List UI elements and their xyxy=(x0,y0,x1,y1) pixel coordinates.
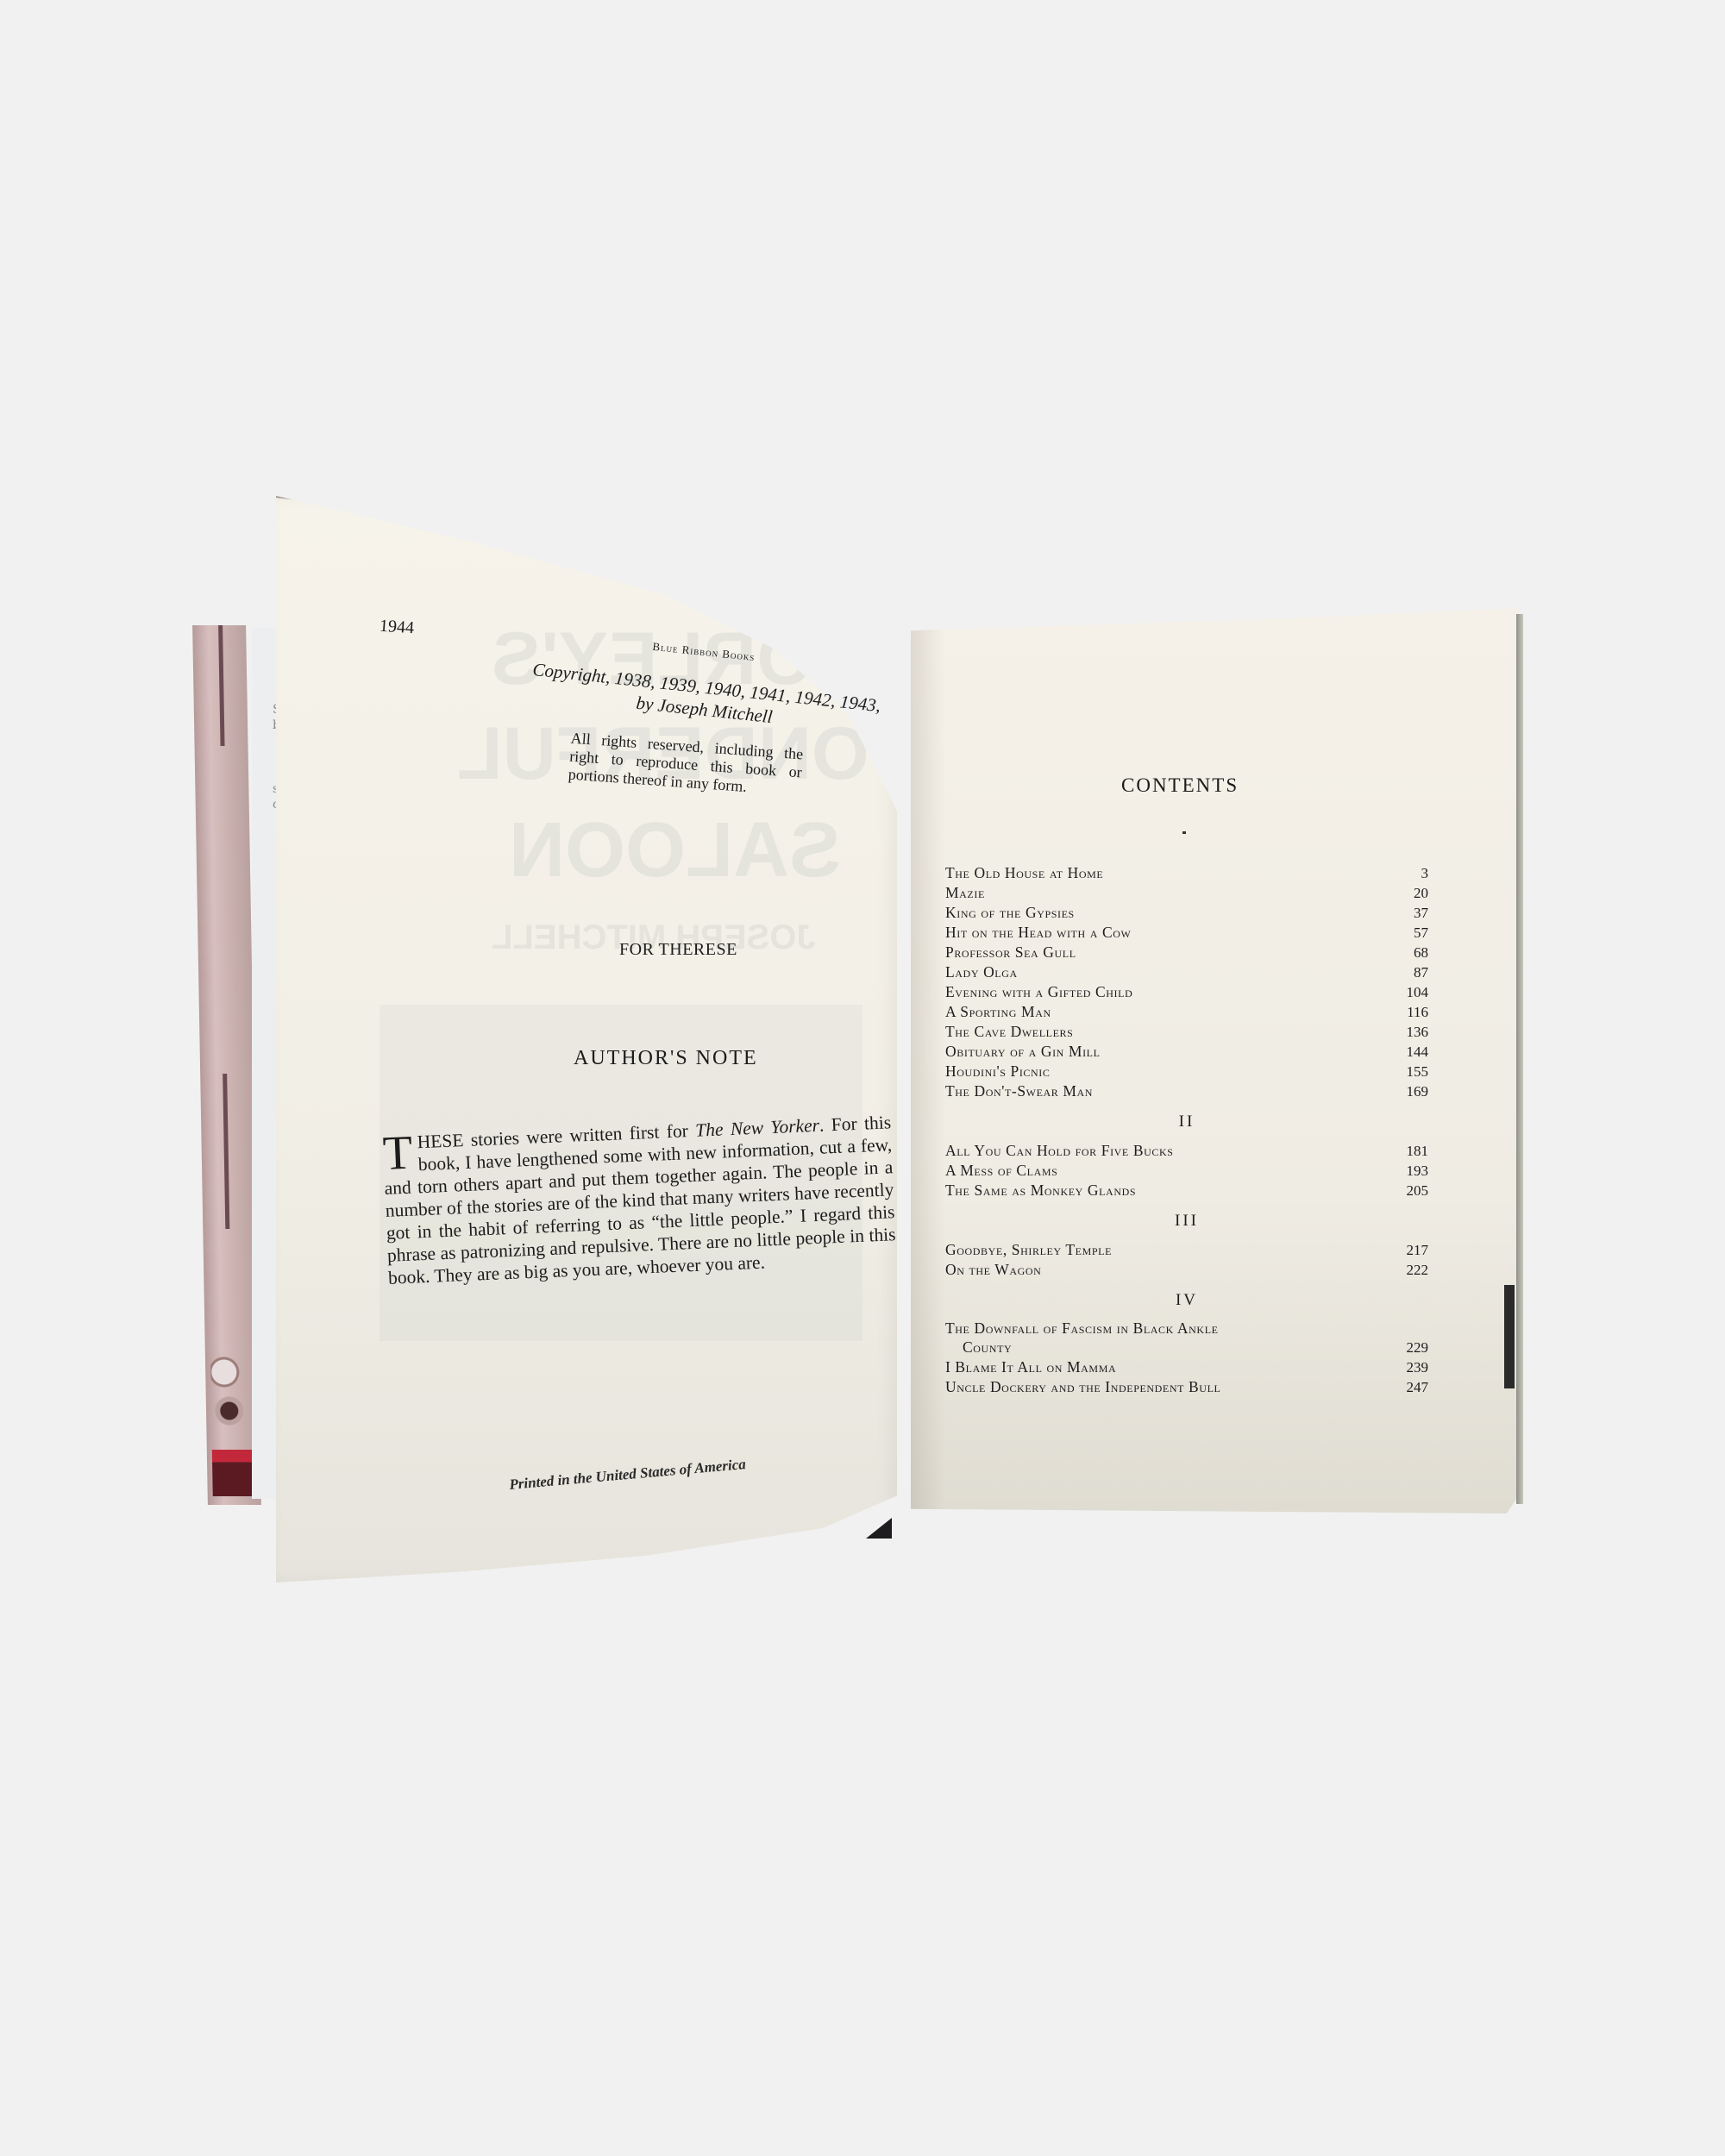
toc-entry-title: Lady Olga xyxy=(945,963,1018,981)
toc-entry-page: 104 xyxy=(1394,984,1428,1001)
book-cover-edge xyxy=(192,625,261,1505)
toc-entry: I Blame It All on Mamma239 xyxy=(945,1357,1428,1376)
toc-entry-page: 116 xyxy=(1394,1004,1428,1021)
toc-entry-title: Goodbye, Shirley Temple xyxy=(945,1241,1112,1259)
toc-entry-title: The Same as Monkey Glands xyxy=(945,1181,1136,1200)
toc-entry-title: The Downfall of Fascism in Black AnkleCo… xyxy=(945,1319,1219,1357)
toc-entry-title: All You Can Hold for Five Bucks xyxy=(945,1142,1174,1160)
toc-entry-page: 247 xyxy=(1394,1379,1428,1396)
toc-entry-title: A Mess of Clams xyxy=(945,1162,1057,1180)
toc-entry: Mazie20 xyxy=(945,882,1428,902)
toc-entry-title: Uncle Dockery and the Independent Bull xyxy=(945,1378,1220,1396)
toc-entry-title: Obituary of a Gin Mill xyxy=(945,1043,1101,1061)
toc-entry-page: 217 xyxy=(1394,1242,1428,1259)
cover-stripe xyxy=(223,1074,229,1229)
toc-entry: A Sporting Man116 xyxy=(945,1001,1428,1021)
toc-entry-title: Professor Sea Gull xyxy=(945,943,1076,962)
toc-entry-page: 181 xyxy=(1394,1143,1428,1160)
toc-entry-title: The Old House at Home xyxy=(945,864,1103,882)
toc-entry-page: 144 xyxy=(1394,1044,1428,1061)
cover-stripe xyxy=(218,625,224,746)
contents-title: CONTENTS xyxy=(1121,774,1239,797)
toc-entry-page: 169 xyxy=(1394,1083,1428,1100)
toc-entry: Houdini's Picnic155 xyxy=(945,1061,1428,1081)
toc-entry: The Cave Dwellers136 xyxy=(945,1021,1428,1041)
toc-entry-title: Mazie xyxy=(945,884,985,902)
toc-entry-page: 193 xyxy=(1394,1163,1428,1180)
toc-entry-page: 57 xyxy=(1394,924,1428,942)
toc-section-numeral: III xyxy=(945,1212,1428,1231)
toc-entry-title: I Blame It All on Mamma xyxy=(945,1358,1116,1376)
toc-entry-page: 229 xyxy=(1394,1339,1428,1357)
toc-entry-title: King of the Gypsies xyxy=(945,904,1075,922)
toc-entry-title: The Don't-Swear Man xyxy=(945,1082,1093,1100)
toc-entry: Lady Olga87 xyxy=(945,962,1428,981)
toc-entry: A Mess of Clams193 xyxy=(945,1160,1428,1180)
toc-section-numeral: IV xyxy=(945,1291,1428,1310)
cover-illustration xyxy=(210,1341,258,1496)
toc-entry: The Same as Monkey Glands205 xyxy=(945,1180,1428,1200)
toc-entry-page: 3 xyxy=(1394,865,1428,882)
toc-entry: The Downfall of Fascism in Black AnkleCo… xyxy=(945,1319,1428,1357)
toc-entry: Evening with a Gifted Child104 xyxy=(945,981,1428,1001)
publication-name: The New Yorker xyxy=(695,1115,820,1141)
note-lead-word: HESE xyxy=(417,1130,464,1152)
toc-entry-page: 136 xyxy=(1394,1024,1428,1041)
publication-year: 1944 xyxy=(379,617,415,639)
toc-entry-page: 87 xyxy=(1394,964,1428,981)
toc-entry: The Don't-Swear Man169 xyxy=(945,1081,1428,1100)
toc-entry: The Old House at Home3 xyxy=(945,862,1428,882)
toc-entry-title: The Cave Dwellers xyxy=(945,1023,1073,1041)
toc-entry-title: Evening with a Gifted Child xyxy=(945,983,1132,1001)
page-edge xyxy=(276,496,893,573)
toc-section-numeral: II xyxy=(945,1112,1428,1131)
toc-entry-title: Hit on the Head with a Cow xyxy=(945,924,1131,942)
toc-entry-page: 20 xyxy=(1394,885,1428,902)
authors-note-body: THESE stories were written first for The… xyxy=(382,1111,897,1289)
toc-entry-page: 205 xyxy=(1394,1182,1428,1200)
toc-entry-page: 68 xyxy=(1394,944,1428,962)
drop-cap: T xyxy=(382,1133,413,1174)
toc-entry-page: 37 xyxy=(1394,905,1428,922)
show-through-title: SALOON xyxy=(509,806,841,895)
toc-entry: Hit on the Head with a Cow57 xyxy=(945,922,1428,942)
ornament-dot xyxy=(1182,831,1186,834)
left-page: McSORLEY'S WONDERFUL SALOON JOSEPH MITCH… xyxy=(276,496,897,1583)
toc-entry: All You Can Hold for Five Bucks181 xyxy=(945,1140,1428,1160)
table-of-contents: The Old House at Home3Mazie20King of the… xyxy=(945,862,1428,1396)
spine-corner xyxy=(866,1518,892,1539)
dedication: FOR THERESE xyxy=(619,940,737,960)
toc-entry: On the Wagon222 xyxy=(945,1259,1428,1279)
toc-entry: King of the Gypsies37 xyxy=(945,902,1428,922)
toc-entry: Goodbye, Shirley Temple217 xyxy=(945,1239,1428,1259)
cover-edge xyxy=(1504,1285,1515,1388)
toc-entry-title: On the Wagon xyxy=(945,1261,1041,1279)
toc-entry: Uncle Dockery and the Independent Bull24… xyxy=(945,1376,1428,1396)
authors-note-title: AUTHOR'S NOTE xyxy=(574,1047,758,1070)
toc-entry: Professor Sea Gull68 xyxy=(945,942,1428,962)
toc-entry: Obituary of a Gin Mill144 xyxy=(945,1041,1428,1061)
toc-entry-page: 155 xyxy=(1394,1063,1428,1081)
toc-entry-title: Houdini's Picnic xyxy=(945,1062,1051,1081)
toc-entry-page: 239 xyxy=(1394,1359,1428,1376)
page-block-edge xyxy=(1516,614,1523,1504)
toc-entry-page: 222 xyxy=(1394,1262,1428,1279)
toc-entry-title: A Sporting Man xyxy=(945,1003,1051,1021)
